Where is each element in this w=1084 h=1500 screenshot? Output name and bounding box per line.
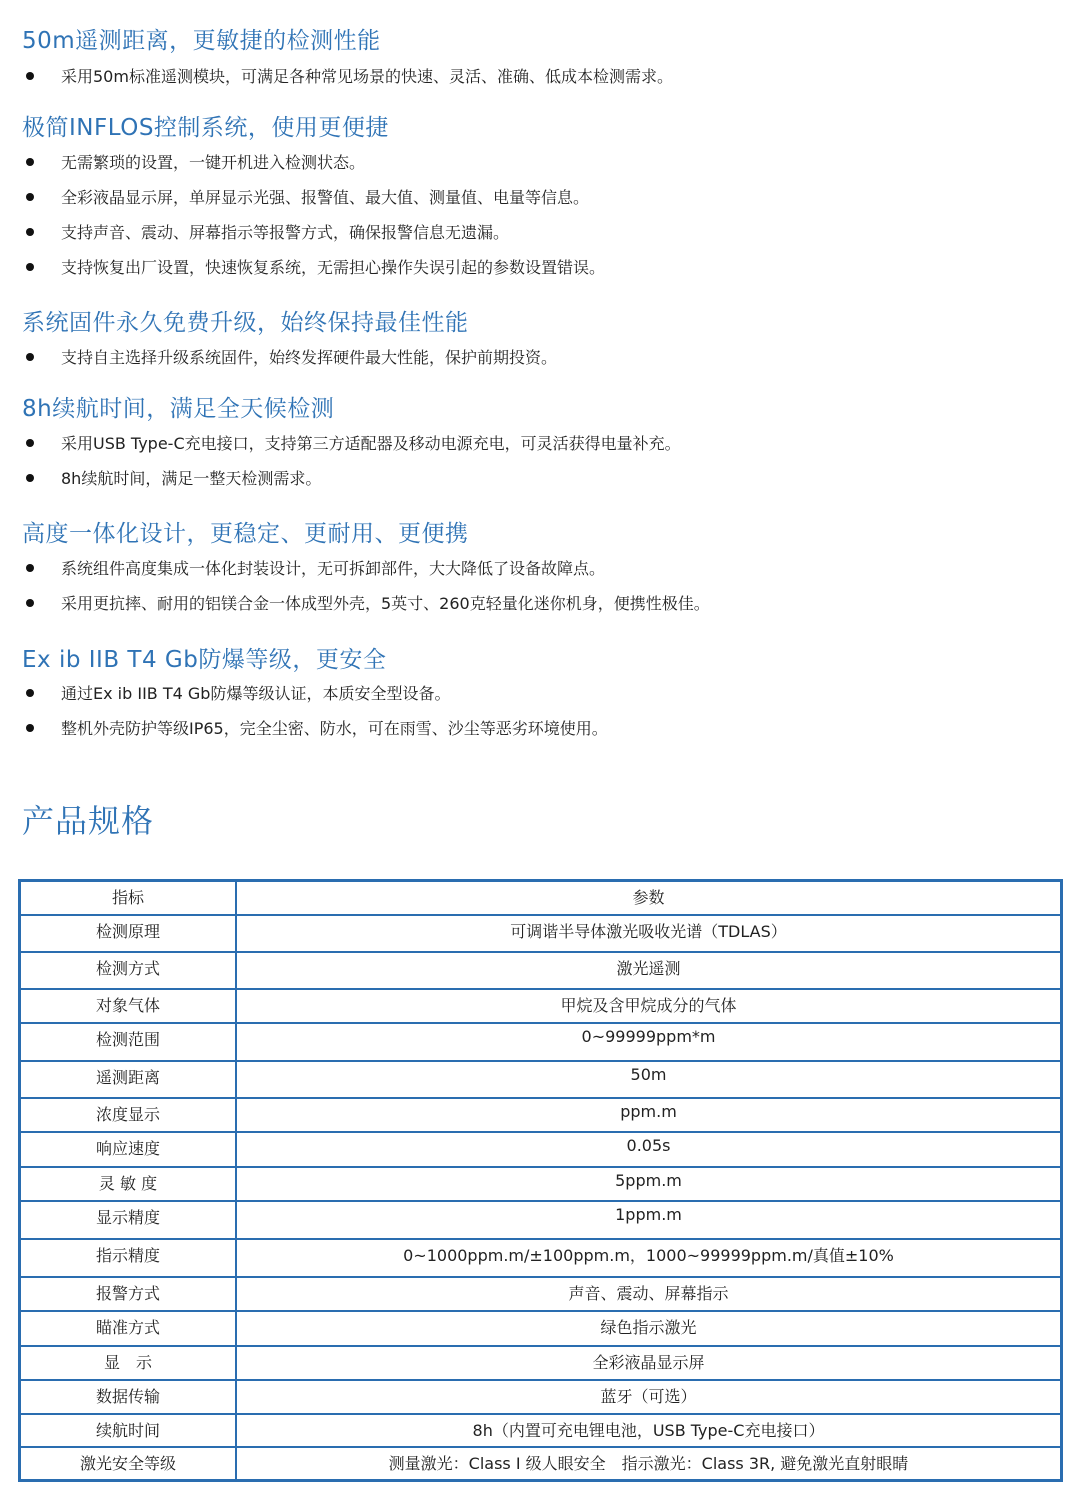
bullet-icon [26, 474, 34, 482]
feature-bullet: 系统组件高度集成一体化封装设计，无可拆卸部件，大大降低了设备故障点。 [24, 556, 605, 579]
feature-heading-design: 高度一体化设计，更稳定、更耐用、更便携 [22, 515, 469, 548]
feature-bullet: 采用50m标准遥测模块，可满足各种常见场景的快速、灵活、准确、低成本检测需求。 [24, 64, 673, 87]
feature-heading-explosion-proof: Ex ib IIB T4 Gb防爆等级，更安全 [22, 641, 386, 674]
feature-bullet: 支持恢复出厂设置，快速恢复系统，无需担心操作失误引起的参数设置错误。 [24, 255, 605, 278]
bullet-icon [26, 158, 34, 166]
feature-bullet: 通过Ex ib IIB T4 Gb防爆等级认证，本质安全型设备。 [24, 681, 450, 704]
feature-heading-battery: 8h续航时间，满足全天候检测 [22, 390, 334, 423]
header-cell-indicator: 指标 [20, 881, 237, 915]
bullet-icon [26, 564, 34, 572]
table-row: 报警方式声音、震动、屏幕指示 [20, 1277, 1062, 1311]
feature-bullet: 8h续航时间，满足一整天检测需求。 [24, 466, 321, 489]
table-header-row: 指标 参数 [20, 881, 1062, 915]
table-row: 响应速度0.05s [20, 1132, 1062, 1167]
bullet-icon [26, 689, 34, 697]
feature-bullet: 支持自主选择升级系统固件，始终发挥硬件最大性能，保护前期投资。 [24, 345, 557, 368]
table-row: 指示精度0~1000ppm.m/±100ppm.m，1000~99999ppm.… [20, 1239, 1062, 1277]
table-row: 显示精度1ppm.m [20, 1201, 1062, 1239]
bullet-icon [26, 193, 34, 201]
table-row: 检测原理可调谐半导体激光吸收光谱（TDLAS） [20, 915, 1062, 952]
table-row: 对象气体甲烷及含甲烷成分的气体 [20, 989, 1062, 1023]
table-row: 激光安全等级测量激光：Class Ⅰ 级人眼安全 指示激光：Class 3R, … [20, 1447, 1062, 1481]
spec-table: 指标 参数 检测原理可调谐半导体激光吸收光谱（TDLAS） 检测方式激光遥测 对… [18, 879, 1063, 1482]
feature-bullet: 支持声音、震动、屏幕指示等报警方式，确保报警信息无遗漏。 [24, 220, 509, 243]
table-row: 数据传输蓝牙（可选） [20, 1380, 1062, 1414]
bullet-icon [26, 599, 34, 607]
feature-bullet: 全彩液晶显示屏，单屏显示光强、报警值、最大值、测量值、电量等信息。 [24, 185, 589, 208]
table-row: 浓度显示ppm.m [20, 1098, 1062, 1132]
table-row: 瞄准方式绿色指示激光 [20, 1311, 1062, 1346]
table-row: 检测范围0~99999ppm*m [20, 1023, 1062, 1061]
header-cell-parameter: 参数 [236, 881, 1062, 915]
bullet-icon [26, 72, 34, 80]
table-row: 遥测距离50m [20, 1061, 1062, 1098]
feature-heading-range: 50m遥测距离，更敏捷的检测性能 [22, 22, 381, 55]
feature-bullet: 采用USB Type-C充电接口，支持第三方适配器及移动电源充电，可灵活获得电量… [24, 431, 681, 454]
table-row: 检测方式激光遥测 [20, 952, 1062, 989]
bullet-icon [26, 263, 34, 271]
table-row: 灵 敏 度5ppm.m [20, 1167, 1062, 1201]
bullet-icon [26, 439, 34, 447]
spec-title: 产品规格 [22, 796, 154, 842]
table-row: 显 示全彩液晶显示屏 [20, 1346, 1062, 1380]
table-row: 续航时间8h（内置可充电锂电池，USB Type-C充电接口） [20, 1414, 1062, 1447]
feature-heading-firmware: 系统固件永久免费升级，始终保持最佳性能 [22, 304, 469, 337]
feature-bullet: 无需繁琐的设置，一键开机进入检测状态。 [24, 150, 365, 173]
feature-bullet: 采用更抗摔、耐用的铝镁合金一体成型外壳，5英寸、260克轻量化迷你机身，便携性极… [24, 591, 710, 614]
bullet-icon [26, 228, 34, 236]
feature-bullet: 整机外壳防护等级IP65，完全尘密、防水，可在雨雪、沙尘等恶劣环境使用。 [24, 716, 608, 739]
bullet-icon [26, 724, 34, 732]
bullet-icon [26, 353, 34, 361]
feature-heading-system: 极简INFLOS控制系统，使用更便捷 [22, 109, 389, 142]
